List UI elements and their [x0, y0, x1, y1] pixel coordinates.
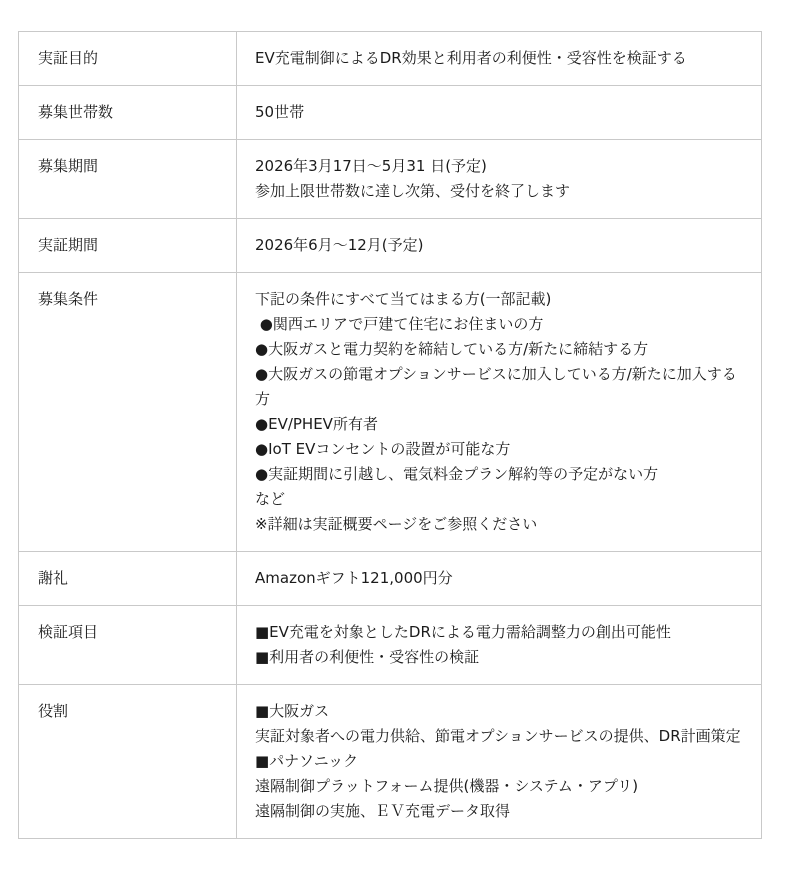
table-row-conditions: 募集条件 下記の条件にすべて当てはまる方(一部記載) ●関西エリアで戸建て住宅に… — [19, 273, 762, 552]
row-label-text: 募集世帯数 — [38, 100, 226, 125]
row-value-text: ●大阪ガスの節電オプションサービスに加入している方/新たに加入する方 — [255, 362, 744, 412]
row-label-recruitment-period: 募集期間 — [19, 140, 237, 219]
row-label-demonstration-period: 実証期間 — [19, 219, 237, 273]
row-value-text: 2026年6月〜12月(予定) — [255, 233, 744, 258]
table-row-reward: 謝礼 Amazonギフト121,000円分 — [19, 552, 762, 606]
row-value-purpose: EV充電制御によるDR効果と利用者の利便性・受容性を検証する — [237, 32, 762, 86]
row-value-text: 2026年3月17日〜5月31 日(予定) — [255, 154, 744, 179]
row-label-purpose: 実証目的 — [19, 32, 237, 86]
row-value-conditions: 下記の条件にすべて当てはまる方(一部記載) ●関西エリアで戸建て住宅にお住まいの… — [237, 273, 762, 552]
row-value-text: ●IoT EVコンセントの設置が可能な方 — [255, 437, 744, 462]
row-value-text: ■利用者の利便性・受容性の検証 — [255, 645, 744, 670]
demonstration-spec-table: 実証目的 EV充電制御によるDR効果と利用者の利便性・受容性を検証する 募集世帯… — [18, 31, 762, 839]
row-value-verification-items: ■EV充電を対象としたDRによる電力需給調整力の創出可能性 ■利用者の利便性・受… — [237, 606, 762, 685]
row-value-text: ■EV充電を対象としたDRによる電力需給調整力の創出可能性 — [255, 620, 744, 645]
row-value-text: 遠隔制御プラットフォーム提供(機器・システム・アプリ) — [255, 774, 744, 799]
row-label-conditions: 募集条件 — [19, 273, 237, 552]
row-value-text: ※詳細は実証概要ページをご参照ください — [255, 512, 744, 537]
row-label-reward: 謝礼 — [19, 552, 237, 606]
row-label-text: 検証項目 — [38, 620, 226, 645]
row-value-text: 50世帯 — [255, 100, 744, 125]
row-label-text: 実証期間 — [38, 233, 226, 258]
row-value-text: Amazonギフト121,000円分 — [255, 566, 744, 591]
row-value-text: ●EV/PHEV所有者 — [255, 412, 744, 437]
row-label-text: 謝礼 — [38, 566, 226, 591]
row-label-text: 実証目的 — [38, 46, 226, 71]
page: 実証目的 EV充電制御によるDR効果と利用者の利便性・受容性を検証する 募集世帯… — [0, 0, 800, 893]
row-label-household-count: 募集世帯数 — [19, 86, 237, 140]
row-value-text: 実証対象者への電力供給、節電オプションサービスの提供、DR計画策定 — [255, 724, 744, 749]
row-value-text: ■パナソニック — [255, 749, 744, 774]
row-value-text: ●大阪ガスと電力契約を締結している方/新たに締結する方 — [255, 337, 744, 362]
row-value-household-count: 50世帯 — [237, 86, 762, 140]
table-row-household-count: 募集世帯数 50世帯 — [19, 86, 762, 140]
table-row-recruitment-period: 募集期間 2026年3月17日〜5月31 日(予定) 参加上限世帯数に達し次第、… — [19, 140, 762, 219]
row-label-text: 募集条件 — [38, 287, 226, 312]
row-value-recruitment-period: 2026年3月17日〜5月31 日(予定) 参加上限世帯数に達し次第、受付を終了… — [237, 140, 762, 219]
row-value-text: EV充電制御によるDR効果と利用者の利便性・受容性を検証する — [255, 46, 744, 71]
row-value-text: ●関西エリアで戸建て住宅にお住まいの方 — [255, 312, 744, 337]
row-label-text: 役割 — [38, 699, 226, 724]
row-value-text: ■大阪ガス — [255, 699, 744, 724]
row-label-verification-items: 検証項目 — [19, 606, 237, 685]
row-value-demonstration-period: 2026年6月〜12月(予定) — [237, 219, 762, 273]
row-value-reward: Amazonギフト121,000円分 — [237, 552, 762, 606]
row-value-text: 参加上限世帯数に達し次第、受付を終了します — [255, 179, 744, 204]
row-label-text: 募集期間 — [38, 154, 226, 179]
row-value-roles: ■大阪ガス 実証対象者への電力供給、節電オプションサービスの提供、DR計画策定 … — [237, 685, 762, 839]
row-value-text: 下記の条件にすべて当てはまる方(一部記載) — [255, 287, 744, 312]
row-value-text: ●実証期間に引越し、電気料金プラン解約等の予定がない方 — [255, 462, 744, 487]
row-value-text: 遠隔制御の実施、ＥＶ充電データ取得 — [255, 799, 744, 824]
row-value-text: など — [255, 487, 744, 512]
table-row-purpose: 実証目的 EV充電制御によるDR効果と利用者の利便性・受容性を検証する — [19, 32, 762, 86]
table-row-verification-items: 検証項目 ■EV充電を対象としたDRによる電力需給調整力の創出可能性 ■利用者の… — [19, 606, 762, 685]
row-label-roles: 役割 — [19, 685, 237, 839]
table-row-roles: 役割 ■大阪ガス 実証対象者への電力供給、節電オプションサービスの提供、DR計画… — [19, 685, 762, 839]
table-row-demonstration-period: 実証期間 2026年6月〜12月(予定) — [19, 219, 762, 273]
